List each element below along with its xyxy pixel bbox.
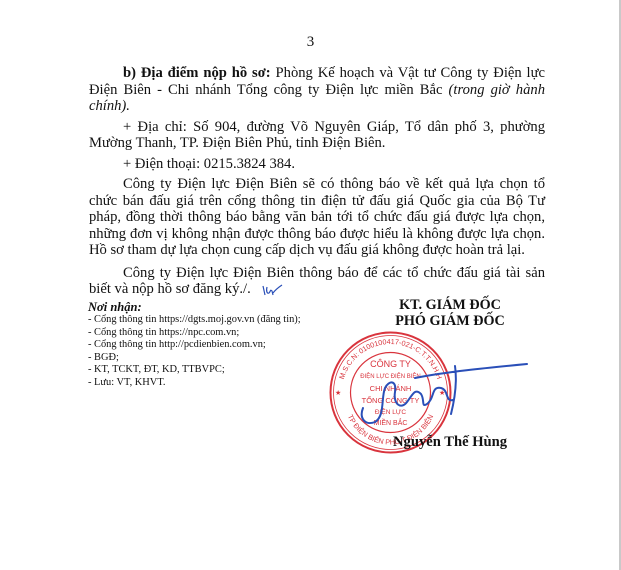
notice-paragraph: Công ty Điện lực Điện Biên sẽ có thông b… (89, 176, 545, 259)
signature-title-line1: KT. GIÁM ĐỐC (350, 298, 550, 314)
recipient-item: - KT, TCKT, ĐT, KD, TTBVPC; (88, 364, 338, 377)
svg-text:★: ★ (335, 389, 341, 397)
recipient-item: - Cổng thông tin http://pcdienbien.com.v… (88, 339, 338, 352)
signature-title-block: KT. GIÁM ĐỐC PHÓ GIÁM ĐỐC (350, 298, 550, 329)
document-page: 3 b) Địa điểm nộp hồ sơ: Phòng Kế hoạch … (0, 0, 621, 570)
signer-name: Nguyễn Thế Hùng (393, 434, 507, 451)
page-number: 3 (0, 34, 621, 51)
initials-mark-icon (261, 283, 283, 297)
recipient-item: - Cổng thông tin https://npc.com.vn; (88, 327, 338, 340)
closing-text: Công ty Điện lực Điện Biên thông báo để … (89, 265, 545, 298)
recipient-item: - Cổng thông tin https://dgts.moj.gov.vn… (88, 314, 338, 327)
section-b-paragraph: b) Địa điểm nộp hồ sơ: Phòng Kế hoạch và… (89, 65, 545, 115)
address-paragraph: + Địa chỉ: Số 904, đường Võ Nguyên Giáp,… (89, 119, 545, 152)
handwritten-signature-icon (355, 358, 530, 433)
signature-title-line2: PHÓ GIÁM ĐỐC (350, 314, 550, 330)
closing-paragraph: Công ty Điện lực Điện Biên thông báo để … (89, 265, 545, 298)
recipients-title: Nơi nhận: (88, 300, 338, 314)
phone-paragraph: + Điện thoại: 0215.3824 384. (89, 156, 545, 173)
section-b-label: b) Địa điểm nộp hồ sơ: (123, 65, 271, 81)
recipient-item: - Lưu: VT, KHVT. (88, 377, 338, 390)
recipient-item: - BGĐ; (88, 352, 338, 365)
recipients-list: Nơi nhận: - Cổng thông tin https://dgts.… (88, 300, 338, 390)
document-body: b) Địa điểm nộp hồ sơ: Phòng Kế hoạch và… (89, 65, 545, 304)
